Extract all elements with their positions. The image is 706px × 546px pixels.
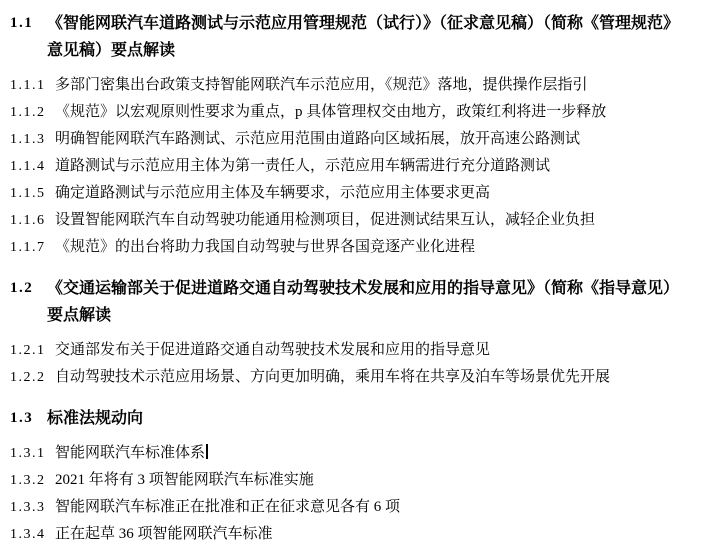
outline-item-1-1-6: 1.1.6 设置智能网联汽车自动驾驶功能通用检测项目，促进测试结果互认，减轻企业…	[10, 207, 698, 234]
section-heading-1-3: 1.3 标准法规动向	[10, 405, 698, 432]
outline-item-1-1-5: 1.1.5 确定道路测试与示范应用主体及车辆要求，示范应用主体要求更高	[10, 180, 698, 207]
outline-item-1-1-7: 1.1.7 《规范》的出台将助力我国自动驾驶与世界各国竞逐产业化进程	[10, 234, 698, 261]
outline-item-1-2-2: 1.2.2 自动驾驶技术示范应用场景、方向更加明确，乘用车将在共享及泊车等场景优…	[10, 364, 698, 391]
item-number: 1.1.2	[10, 99, 55, 126]
item-text: 《规范》的出台将助力我国自动驾驶与世界各国竞逐产业化进程	[55, 234, 698, 261]
section-number: 1.1	[10, 10, 47, 37]
document-outline[interactable]: 1.1 《智能网联汽车道路测试与示范应用管理规范（试行）》（征求意见稿）（简称《…	[0, 0, 706, 546]
item-number: 1.3.2	[10, 467, 55, 494]
section-heading-1-1: 1.1 《智能网联汽车道路测试与示范应用管理规范（试行）》（征求意见稿）（简称《…	[10, 10, 698, 64]
section-heading-1-2: 1.2 《交通运输部关于促进道路交通自动驾驶技术发展和应用的指导意见》（简称《指…	[10, 275, 698, 329]
item-number: 1.1.3	[10, 126, 55, 153]
outline-item-1-3-4: 1.3.4 正在起草 36 项智能网联汽车标准	[10, 521, 698, 546]
item-number: 1.1.7	[10, 234, 55, 261]
item-text: 自动驾驶技术示范应用场景、方向更加明确，乘用车将在共享及泊车等场景优先开展	[55, 364, 698, 391]
section-number: 1.3	[10, 405, 47, 432]
outline-item-1-3-1: 1.3.1 智能网联汽车标准体系	[10, 440, 698, 467]
item-number: 1.2.1	[10, 337, 55, 364]
item-text-with-cursor: 智能网联汽车标准体系	[55, 440, 698, 467]
item-number: 1.1.4	[10, 153, 55, 180]
text-cursor	[206, 444, 208, 459]
item-text: 交通部发布关于促进道路交通自动驾驶技术发展和应用的指导意见	[55, 337, 698, 364]
item-text: 智能网联汽车标准正在批准和正在征求意见各有 6 项	[55, 494, 698, 521]
item-number: 1.2.2	[10, 364, 55, 391]
item-number: 1.1.6	[10, 207, 55, 234]
item-number: 1.3.1	[10, 440, 55, 467]
item-text: 多部门密集出台政策支持智能网联汽车示范应用，《规范》落地，提供操作层指引	[55, 72, 698, 99]
item-text: 2021 年将有 3 项智能网联汽车标准实施	[55, 467, 698, 494]
outline-item-1-3-2: 1.3.2 2021 年将有 3 项智能网联汽车标准实施	[10, 467, 698, 494]
outline-item-1-1-3: 1.1.3 明确智能网联汽车路测试、示范应用范围由道路向区域拓展，放开高速公路测…	[10, 126, 698, 153]
item-text: 确定道路测试与示范应用主体及车辆要求，示范应用主体要求更高	[55, 180, 698, 207]
section-title: 《智能网联汽车道路测试与示范应用管理规范（试行）》（征求意见稿）（简称《管理规范…	[47, 10, 687, 64]
outline-item-1-2-1: 1.2.1 交通部发布关于促进道路交通自动驾驶技术发展和应用的指导意见	[10, 337, 698, 364]
item-text: 《规范》以宏观原则性要求为重点，p 具体管理权交由地方，政策红利将进一步释放	[55, 99, 698, 126]
item-text: 明确智能网联汽车路测试、示范应用范围由道路向区域拓展，放开高速公路测试	[55, 126, 698, 153]
outline-item-1-1-1: 1.1.1 多部门密集出台政策支持智能网联汽车示范应用，《规范》落地，提供操作层…	[10, 72, 698, 99]
section-title: 标准法规动向	[47, 405, 687, 432]
item-number: 1.3.4	[10, 521, 55, 546]
item-number: 1.3.3	[10, 494, 55, 521]
outline-item-1-3-3: 1.3.3 智能网联汽车标准正在批准和正在征求意见各有 6 项	[10, 494, 698, 521]
section-title: 《交通运输部关于促进道路交通自动驾驶技术发展和应用的指导意见》（简称《指导意见）…	[47, 275, 687, 329]
item-text: 智能网联汽车标准体系	[55, 445, 205, 461]
item-text: 道路测试与示范应用主体为第一责任人，示范应用车辆需进行充分道路测试	[55, 153, 698, 180]
section-number: 1.2	[10, 275, 47, 302]
outline-item-1-1-4: 1.1.4 道路测试与示范应用主体为第一责任人，示范应用车辆需进行充分道路测试	[10, 153, 698, 180]
item-text: 正在起草 36 项智能网联汽车标准	[55, 521, 698, 546]
outline-item-1-1-2: 1.1.2 《规范》以宏观原则性要求为重点，p 具体管理权交由地方，政策红利将进…	[10, 99, 698, 126]
item-text: 设置智能网联汽车自动驾驶功能通用检测项目，促进测试结果互认，减轻企业负担	[55, 207, 698, 234]
item-number: 1.1.5	[10, 180, 55, 207]
item-number: 1.1.1	[10, 72, 55, 99]
